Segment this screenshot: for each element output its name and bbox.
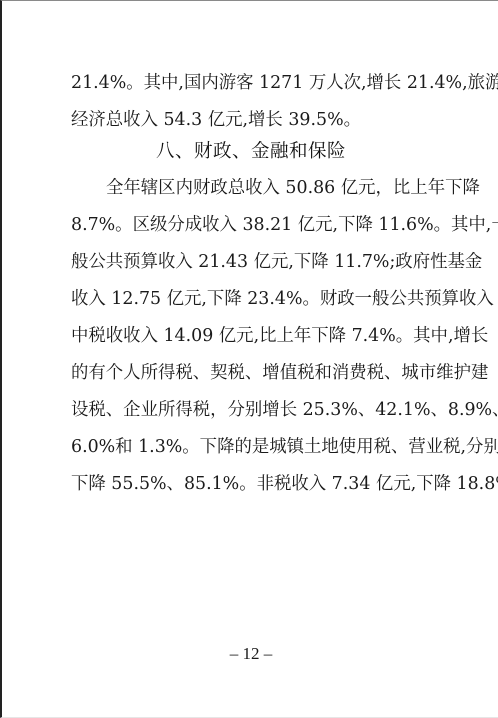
section-heading: 八、财政、金融和保险 (2, 136, 498, 168)
text-line: 设税、企业所得税，分别增长 25.3%、42.1%、8.9%、 (71, 398, 435, 422)
text-line: 21.4%。其中,国内游客 1271 万人次,增长 21.4%,旅游 (71, 71, 435, 95)
text-line: 般公共预算收入 21.43 亿元,下降 11.7%;政府性基金 (71, 250, 435, 274)
text-line: 下降 55.5%、85.1%。非税收入 7.34 亿元,下降 18.8%。 (71, 472, 435, 496)
text-line: 8.7%。区级分成收入 38.21 亿元,下降 11.6%。其中,一 (71, 213, 435, 237)
page-number: – 12 – (2, 644, 498, 664)
text-line: 经济总收入 54.3 亿元,增长 39.5%。 (71, 108, 435, 132)
text-line: 中税收收入 14.09 亿元,比上年下降 7.4%。其中,增长 (71, 324, 435, 348)
text-line: 收入 12.75 亿元,下降 23.4%。财政一般公共预算收入 (71, 287, 435, 311)
text-line: 全年辖区内财政总收入 50.86 亿元，比上年下降 (106, 176, 435, 200)
text-line: 的有个人所得税、契税、增值税和消费税、城市维护建 (71, 361, 435, 385)
document-page: 21.4%。其中,国内游客 1271 万人次,增长 21.4%,旅游 经济总收入… (0, 0, 498, 718)
text-line: 6.0%和 1.3%。下降的是城镇土地使用税、营业税,分别 (71, 435, 435, 459)
